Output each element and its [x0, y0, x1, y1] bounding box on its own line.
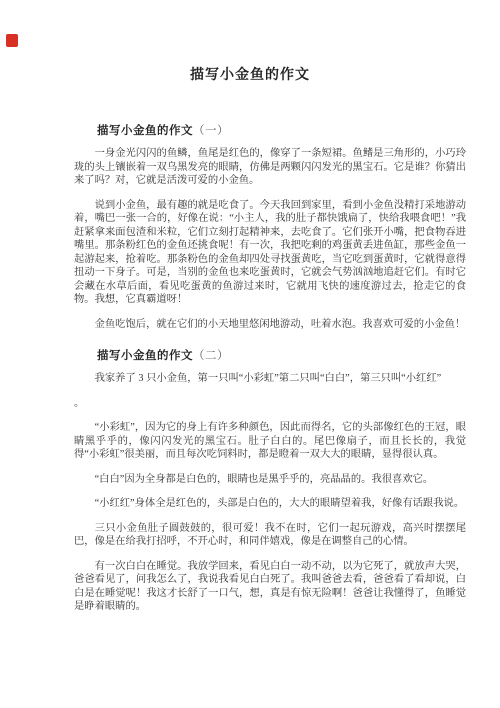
essay-paragraph: “白白”因为全身都是白色的，眼睛也是黑乎乎的，亮晶晶的。我很喜欢它。	[74, 473, 466, 487]
document-body: 描写小金鱼的作文（一） 一身金光闪闪的鱼鳞，鱼尾是红色的，像穿了一条短裙。鱼鳍是…	[0, 122, 500, 614]
essay-paragraph: 三只小金鱼肚子圆鼓鼓的，很可爱！我不在时，它们一起玩游戏，高兴时摆摆尾巴，像是在…	[74, 522, 466, 549]
essay-paragraph: 有一次白白在睡觉。我放学回来，看见白白一动不动，以为它死了，就放声大哭，爸爸看见…	[74, 560, 466, 614]
essay-paragraph-wrapped-period: 。	[74, 397, 466, 411]
section-1-heading: 描写小金鱼的作文（一）	[74, 122, 466, 138]
essay-paragraph: 一身金光闪闪的鱼鳞，鱼尾是红色的，像穿了一条短裙。鱼鳍是三角形的，小巧玲珑的头上…	[74, 147, 466, 188]
section-1-heading-number: （一）	[193, 125, 229, 137]
essay-paragraph: 金鱼吃饱后，就在它们的小天地里悠闲地游动，吐着水泡。我喜欢可爱的小金鱼！	[74, 318, 466, 332]
document-title: 描写小金鱼的作文	[0, 0, 500, 84]
essay-paragraph: 说到小金鱼，最有趣的就是吃食了。今天我回到家里，看到小金鱼没精打采地游动着，嘴巴…	[74, 199, 466, 307]
essay-paragraph: 我家养了 3 只小金鱼，第一只叫“小彩虹”第二只叫“白白”，第三只叫“小红红”	[74, 372, 466, 386]
red-square-marker-icon	[6, 34, 18, 47]
essay-section-1: 描写小金鱼的作文（一） 一身金光闪闪的鱼鳞，鱼尾是红色的，像穿了一条短裙。鱼鳍是…	[74, 122, 466, 331]
essay-section-2: 描写小金鱼的作文（二） 我家养了 3 只小金鱼，第一只叫“小彩虹”第二只叫“白白…	[74, 347, 466, 614]
section-2-heading: 描写小金鱼的作文（二）	[74, 347, 466, 363]
section-2-heading-number: （二）	[193, 350, 229, 362]
section-2-heading-text: 描写小金鱼的作文	[97, 350, 193, 362]
essay-paragraph: “小彩虹”，因为它的身上有许多种颜色，因此而得名，它的头部像红色的王冠，眼睛黑乎…	[74, 421, 466, 462]
document-page: 描写小金鱼的作文 描写小金鱼的作文（一） 一身金光闪闪的鱼鳞，鱼尾是红色的，像穿…	[0, 0, 500, 708]
section-1-heading-text: 描写小金鱼的作文	[97, 125, 193, 137]
essay-paragraph: “小红红”身体全是红色的，头部是白色的，大大的眼睛望着我，好像有话跟我说。	[74, 497, 466, 511]
